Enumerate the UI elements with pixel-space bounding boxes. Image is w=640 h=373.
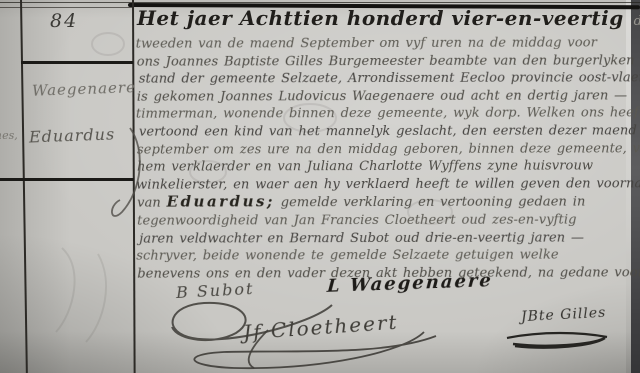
child-name: Eduardus; xyxy=(167,193,275,211)
act-line: hem verklaerder en van Juliana Charlotte… xyxy=(137,158,637,177)
signature-cloetheert-flourish xyxy=(172,328,442,373)
scanned-birth-record-page: 84 Waegenaere Eduardus hes, Het jaer Ach… xyxy=(0,0,640,373)
margin-given-name: Eduardus xyxy=(29,125,116,147)
margin-edge-fragment: hes, xyxy=(0,129,18,142)
act-number: 84 xyxy=(50,10,78,32)
act-line: timmerman, wonende binnen deze gemeente,… xyxy=(136,105,637,124)
act-line-suffix: gemelde verklaring en vertooning gedaen … xyxy=(281,195,586,211)
act-line: ons Joannes Baptiste Gilles Burgemeester… xyxy=(137,52,637,71)
act-line: tegenwoordigheid van Jan Francies Cloeth… xyxy=(137,211,637,230)
act-line: september om zes ure na den middag gebor… xyxy=(137,140,637,159)
margin-surname: Waegenaere xyxy=(32,78,137,100)
act-line: is gekomen Joannes Ludovicus Waegenaere … xyxy=(137,87,637,106)
act-heading: Het jaer Achttien honderd vier-en-veerti… xyxy=(137,6,637,30)
act-line: tweeden van de maend September om vyf ur… xyxy=(136,34,637,53)
act-text-block: Het jaer Achttien honderd vier-en-veerti… xyxy=(137,6,637,282)
act-line: winkelierster, en waer aen hy verklaerd … xyxy=(136,175,637,194)
act-lines: tweeden van de maend September om vyf ur… xyxy=(137,34,638,283)
act-line: schryver, beide wonende te gemelde Selza… xyxy=(136,246,637,265)
act-line: jaren veldwachter en Bernard Subot oud d… xyxy=(139,229,637,248)
act-heading-text: Het jaer Achttien honderd vier-en-veerti… xyxy=(137,6,624,30)
act-heading-tail: den xyxy=(634,14,640,29)
act-line-prefix: van xyxy=(137,196,161,211)
act-line: vertoond een kind van het mannelyk gesla… xyxy=(139,122,637,141)
act-line: stand der gemeente Selzaete, Arrondissem… xyxy=(139,70,637,89)
signature-gilles-flourish xyxy=(505,330,613,352)
act-line-child-name: van Eduardus; gemelde verklaring en vert… xyxy=(137,193,637,213)
